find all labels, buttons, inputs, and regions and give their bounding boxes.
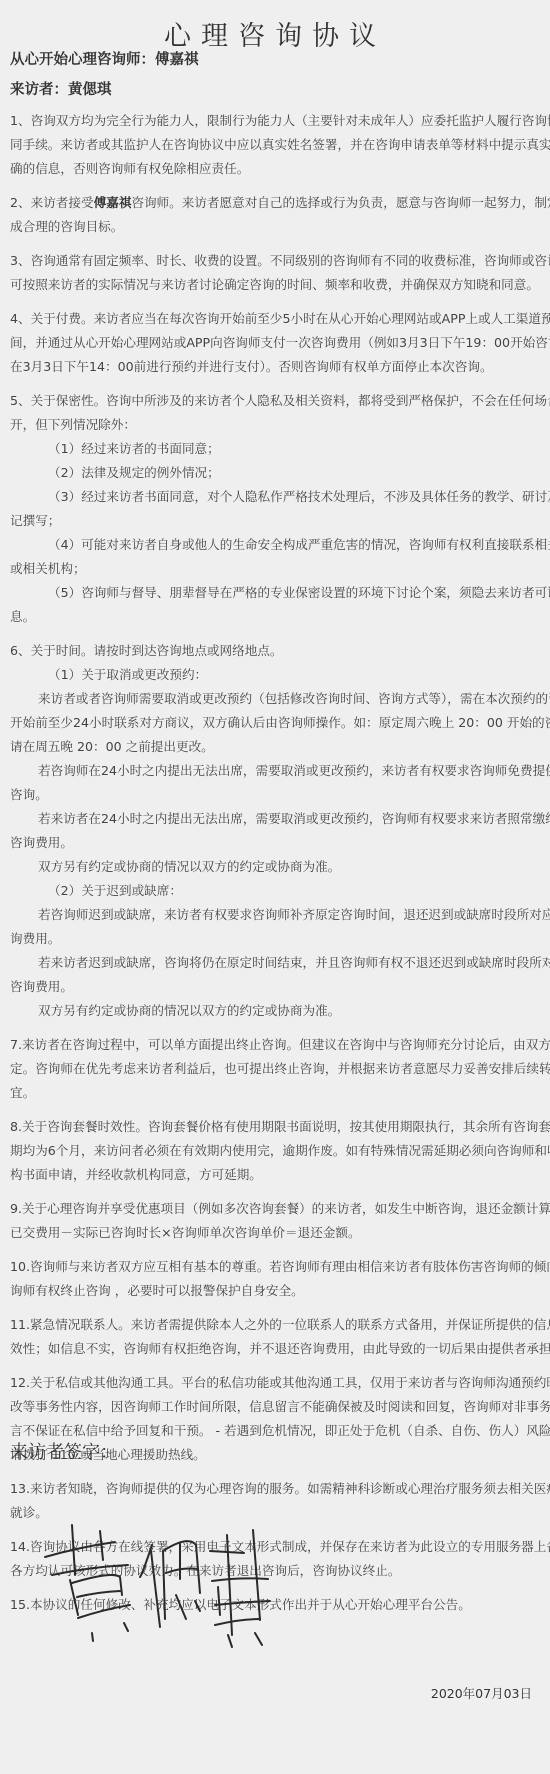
- clause-line: 记撰写；: [10, 509, 540, 533]
- clause-p7: 7.来访者在咨询过程中，可以单方面提出终止咨询。但建议在咨询中与咨询师充分讨论后…: [10, 1033, 540, 1105]
- clause-line: 开始前至少24小时联系对方商议，双方确认后由咨询师操作。如：原定周六晚上 20：…: [10, 711, 540, 735]
- clause-line: 咨询费用。: [10, 975, 540, 999]
- clause-line: 11.紧急情况联系人。来访者需提供除本人之外的一位联系人的联系方式备用，并保证所…: [10, 1313, 540, 1337]
- clause-line: 若来访者在24小时之内提出无法出席，需要取消或更改预约，咨询师有权要求来访者照常…: [10, 807, 540, 831]
- document-title: 心理咨询协议: [0, 20, 550, 54]
- clause-line: 期均为6个月，来访问者必须在有效期内使用完，逾期作废。如有特殊情况需延期必须向咨…: [10, 1139, 540, 1163]
- clause-line: 构书面申请，并经收款机构同意，方可延期。: [10, 1163, 540, 1187]
- clause-p1: 1、咨询双方均为完全行为能力人，限制行为能力人（主要针对未成年人）应委托监护人履…: [10, 109, 540, 181]
- clause-line: 来访者或者咨询师需要取消或更改预约（包括修改咨询时间、咨询方式等），需在本次预约…: [10, 687, 540, 711]
- signature-label: 来访者签字：: [10, 1440, 118, 1466]
- clause-line: 或相关机构；: [10, 557, 540, 581]
- clause-line: 4、关于付费。来访者应当在每次咨询开始前至少5小时在从心开始心理网站或APP上或…: [10, 307, 540, 331]
- clause-p5: 5、关于保密性。咨询中所涉及的来访者个人隐私及相关资料，都将受到严格保护，不会在…: [10, 389, 540, 629]
- clause-line: 开，但下列情况除外：: [10, 413, 540, 437]
- clause-line: 10.咨询师与来访者双方应互相有基本的尊重。若咨询师有理由相信来访者有肢体伤害咨…: [10, 1255, 540, 1279]
- agreement-body: 1、咨询双方均为完全行为能力人，限制行为能力人（主要针对未成年人）应委托监护人履…: [10, 109, 540, 1627]
- clause-line: 咨询。: [10, 783, 540, 807]
- clause-line: 间，并通过从心开始心理网站或APP向咨询师支付一次咨询费用（例如3月3日下午19…: [10, 331, 540, 355]
- clause-line: 改等事务性内容，因咨询师工作时间所限，信息留言不能确保被及时阅读和回复，咨询师对…: [10, 1395, 540, 1419]
- clause-line: 双方另有约定或协商的情况以双方的约定或协商为准。: [10, 999, 540, 1023]
- clause-line: 13.来访者知晓，咨询师提供的仅为心理咨询的服务。如需精神科诊断或心理治疗服务须…: [10, 1477, 540, 1501]
- clause-line: （3）经过来访者书面同意，对个人隐私作严格技术处理后，不涉及具体任务的教学、研讨…: [10, 485, 540, 509]
- clause-text: 咨询师。来访者愿意对自己的选择或行为负责，愿意与咨询师一起努力，制定并达: [131, 195, 550, 210]
- clause-line: 7.来访者在咨询过程中，可以单方面提出终止咨询。但建议在咨询中与咨询师充分讨论后…: [10, 1033, 540, 1057]
- clause-line: 5、关于保密性。咨询中所涉及的来访者个人隐私及相关资料，都将受到严格保护，不会在…: [10, 389, 540, 413]
- visitor-label: 来访者：黄偲琪: [10, 80, 112, 100]
- clause-line: （2）关于迟到或缺席：: [10, 879, 540, 903]
- clause-p10: 10.咨询师与来访者双方应互相有基本的尊重。若咨询师有理由相信来访者有肢体伤害咨…: [10, 1255, 540, 1303]
- clause-line: （1）关于取消或更改预约：: [10, 663, 540, 687]
- clause-line: 已交费用－实际已咨询时长×咨询师单次咨询单价＝退还金额。: [10, 1221, 540, 1245]
- clause-p4: 4、关于付费。来访者应当在每次咨询开始前至少5小时在从心开始心理网站或APP上或…: [10, 307, 540, 379]
- clause-line: 宜。: [10, 1081, 540, 1105]
- clause-line: 请在周五晚 20：00 之前提出更改。: [10, 735, 540, 759]
- clause-line: 双方另有约定或协商的情况以双方的约定或协商为准。: [10, 855, 540, 879]
- clause-line: 在3月3日下午14：00前进行预约并进行支付）。否则咨询师有权单方面停止本次咨询…: [10, 355, 540, 379]
- clause-p2: 2、来访者接受傅嘉祺咨询师。来访者愿意对自己的选择或行为负责，愿意与咨询师一起努…: [10, 191, 540, 239]
- handwritten-signature-icon: [40, 1515, 280, 1655]
- clause-text: 2、来访者接受: [10, 195, 94, 210]
- clause-line: 同手续。来访者或其监护人在咨询协议中应以真实姓名签署，并在咨询申请表单等材料中提…: [10, 133, 540, 157]
- clause-line: 效性；如信息不实，咨询师有权拒绝咨询，并不退还咨询费用，由此导致的一切后果由提供…: [10, 1337, 540, 1361]
- clause-line: 9.关于心理咨询并享受优惠项目（例如多次咨询套餐）的来访者，如发生中断咨询，退还…: [10, 1197, 540, 1221]
- clause-p3: 3、咨询通常有固定频率、时长、收费的设置。不同级别的咨询师有不同的收费标准，咨询…: [10, 249, 540, 297]
- clause-line: （5）咨询师与督导、朋辈督导在严格的专业保密设置的环境下讨论个案，须隐去来访者可…: [10, 581, 540, 605]
- clause-line: 若来访者迟到或缺席，咨询将仍在原定时间结束，并且咨询师有权不退还迟到或缺席时段所…: [10, 951, 540, 975]
- clause-line: 1、咨询双方均为完全行为能力人，限制行为能力人（主要针对未成年人）应委托监护人履…: [10, 109, 540, 133]
- clause-line: 若咨询师迟到或缺席，来访者有权要求咨询师补齐原定咨询时间，退还迟到或缺席时段所对…: [10, 903, 540, 927]
- clause-p8: 8.关于咨询套餐时效性。咨询套餐价格有使用期限书面说明，按其使用期限执行，其余所…: [10, 1115, 540, 1187]
- clause-line: 确的信息，否则咨询师有权免除相应责任。: [10, 157, 540, 181]
- clause-line: （1）经过来访者的书面同意；: [10, 437, 540, 461]
- clause-line: （2）法律及规定的例外情况；: [10, 461, 540, 485]
- clause-p11: 11.紧急情况联系人。来访者需提供除本人之外的一位联系人的联系方式备用，并保证所…: [10, 1313, 540, 1361]
- clause-line: 若咨询师在24小时之内提出无法出席，需要取消或更改预约，来访者有权要求咨询师免费…: [10, 759, 540, 783]
- clause-line: 息。: [10, 605, 540, 629]
- clause-line: 咨询费用。: [10, 831, 540, 855]
- clause-line: 询师有权终止咨询 ，必要时可以报警保护自身安全。: [10, 1279, 540, 1303]
- clause-line: 12.关于私信或其他沟通工具。平台的私信功能或其他沟通工具，仅用于来访者与咨询师…: [10, 1371, 540, 1395]
- clause-p6: 6、关于时间。请按时到达咨询地点或网络地点。（1）关于取消或更改预约：来访者或者…: [10, 639, 540, 1023]
- clause-line: 8.关于咨询套餐时效性。咨询套餐价格有使用期限书面说明，按其使用期限执行，其余所…: [10, 1115, 540, 1139]
- clause-line: 3、咨询通常有固定频率、时长、收费的设置。不同级别的咨询师有不同的收费标准，咨询…: [10, 249, 540, 273]
- clause-line: 询费用。: [10, 927, 540, 951]
- clause-line: 6、关于时间。请按时到达咨询地点或网络地点。: [10, 639, 540, 663]
- signing-date: 2020年07月03日: [431, 1685, 532, 1703]
- clause-line: 定。咨询师在优先考虑来访者利益后，也可提出终止咨询，并根据来访者意愿尽力妥善安排…: [10, 1057, 540, 1081]
- clause-line: 成合理的咨询目标。: [10, 215, 540, 239]
- clause-line: （4）可能对来访者自身或他人的生命安全构成严重危害的情况，咨询师有权利直接联系相…: [10, 533, 540, 557]
- clause-line: 可按照来访者的实际情况与来访者讨论确定咨询的时间、频率和收费，并确保双方知晓和同…: [10, 273, 540, 297]
- counselor-label: 从心开始心理咨询师：傅嘉祺: [10, 50, 199, 70]
- clause-line: 2、来访者接受傅嘉祺咨询师。来访者愿意对自己的选择或行为负责，愿意与咨询师一起努…: [10, 191, 540, 215]
- counselor-name: 傅嘉祺: [94, 195, 132, 210]
- clause-p9: 9.关于心理咨询并享受优惠项目（例如多次咨询套餐）的来访者，如发生中断咨询，退还…: [10, 1197, 540, 1245]
